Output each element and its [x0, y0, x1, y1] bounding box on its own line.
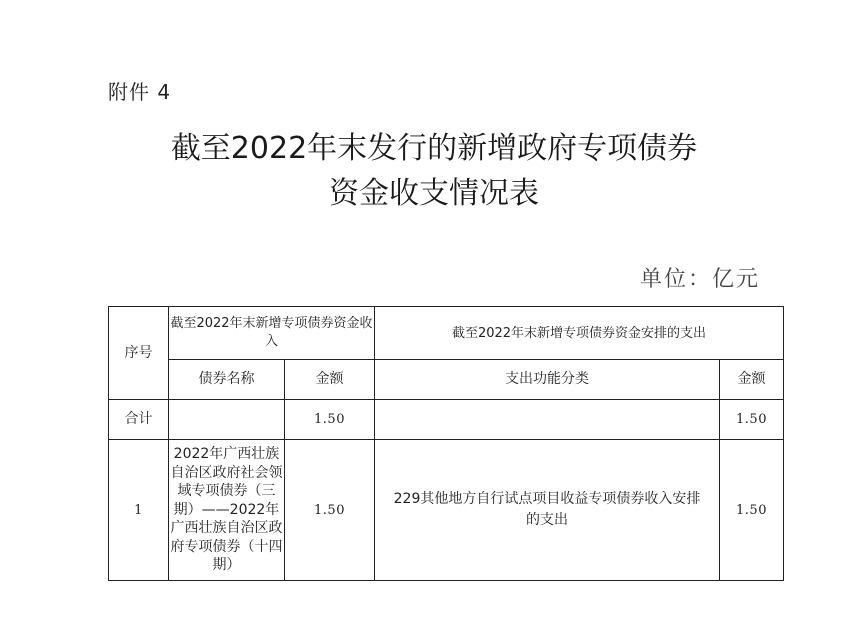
attachment-label: 附件 4 — [108, 76, 171, 105]
row-expense-category: 229其他地方自行试点项目收益专项债券收入安排的支出 — [375, 440, 720, 581]
unit-label: 单位：亿元 — [640, 262, 760, 293]
header-income-amount: 金额 — [285, 360, 375, 400]
table-row: 1 2022年广西壮族自治区政府社会领域专项债券（三期）——2022年广西壮族自… — [109, 440, 784, 581]
header-row-1: 序号 截至2022年末新增专项债券资金收入 截至2022年末新增专项债券资金安排… — [109, 307, 784, 360]
header-expense-group: 截至2022年末新增专项债券资金安排的支出 — [375, 307, 784, 360]
total-label: 合计 — [109, 400, 169, 440]
header-income-group: 截至2022年末新增专项债券资金收入 — [169, 307, 375, 360]
row-bond-name: 2022年广西壮族自治区政府社会领域专项债券（三期）——2022年广西壮族自治区… — [169, 440, 285, 581]
header-row-2: 债券名称 金额 支出功能分类 金额 — [109, 360, 784, 400]
total-income-amount: 1.50 — [285, 400, 375, 440]
total-bond-name — [169, 400, 285, 440]
document-title: 截至2022年末发行的新增政府专项债券 资金收支情况表 — [0, 126, 868, 216]
header-expense-amount: 金额 — [720, 360, 784, 400]
total-expense-category — [375, 400, 720, 440]
row-income-amount: 1.50 — [285, 440, 375, 581]
total-expense-amount: 1.50 — [720, 400, 784, 440]
title-line-1: 截至2022年末发行的新增政府专项债券 — [0, 126, 868, 171]
title-line-2: 资金收支情况表 — [0, 171, 868, 216]
header-expense-category: 支出功能分类 — [375, 360, 720, 400]
total-row: 合计 1.50 1.50 — [109, 400, 784, 440]
bond-fund-table: 序号 截至2022年末新增专项债券资金收入 截至2022年末新增专项债券资金安排… — [108, 306, 784, 581]
header-bond-name: 债券名称 — [169, 360, 285, 400]
row-serial: 1 — [109, 440, 169, 581]
header-serial: 序号 — [109, 307, 169, 400]
row-expense-amount: 1.50 — [720, 440, 784, 581]
